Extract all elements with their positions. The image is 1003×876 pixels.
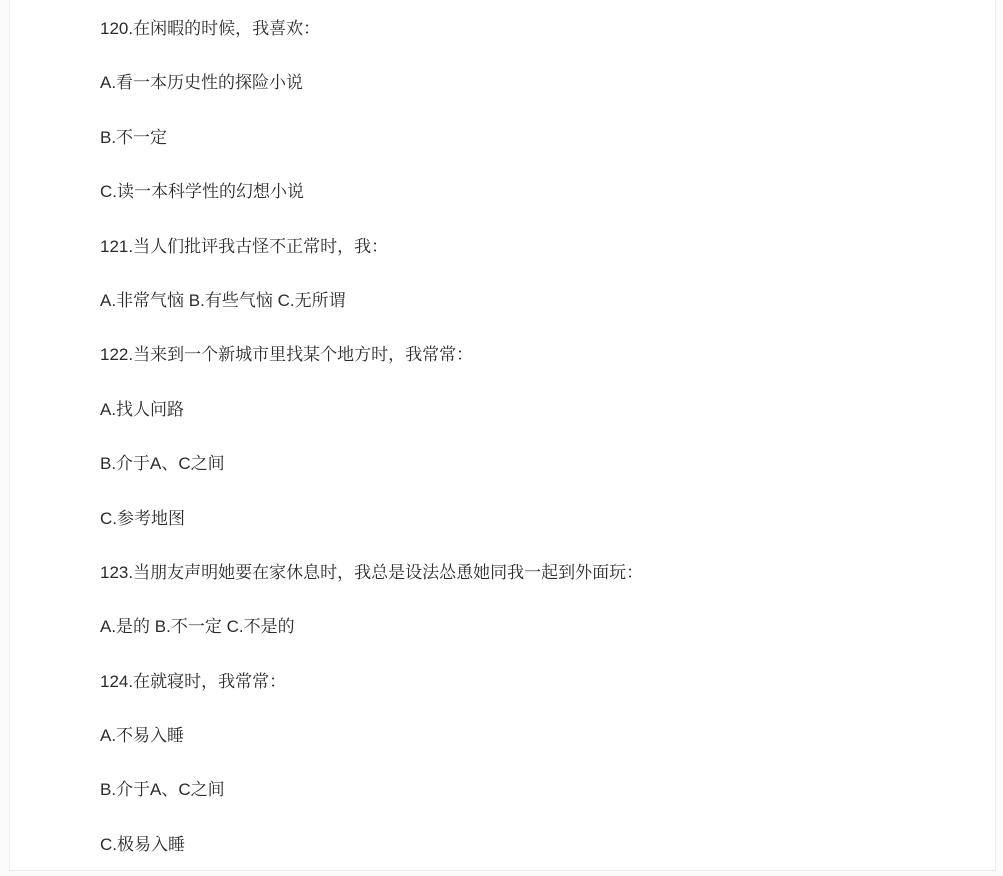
questionnaire-content: 120.在闲暇的时候，我喜欢：A.看一本历史性的探险小说B.不一定C.读一本科学… [10, 0, 995, 856]
question-prompt: 122.当来到一个新城市里找某个地方时，我常常： [100, 343, 955, 366]
question-prompt: 121.当人们批评我古怪不正常时，我： [100, 235, 955, 258]
answer-option: C.读一本科学性的幻想小说 [100, 180, 955, 203]
answer-option: B.介于A、C之间 [100, 778, 955, 801]
question-prompt: 120.在闲暇的时候，我喜欢： [100, 17, 955, 40]
answer-option: B.不一定 [100, 126, 955, 149]
answer-option: A.非常气恼 B.有些气恼 C.无所谓 [100, 289, 955, 312]
answer-option: A.是的 B.不一定 C.不是的 [100, 615, 955, 638]
question-prompt: 123.当朋友声明她要在家休息时，我总是设法怂恿她同我一起到外面玩： [100, 561, 955, 584]
answer-option: A.找人问路 [100, 398, 955, 421]
answer-option: A.看一本历史性的探险小说 [100, 71, 955, 94]
answer-option: C.极易入睡 [100, 833, 955, 856]
answer-option: B.介于A、C之间 [100, 452, 955, 475]
answer-option: C.参考地图 [100, 507, 955, 530]
answer-option: A.不易入睡 [100, 724, 955, 747]
document-page: 120.在闲暇的时候，我喜欢：A.看一本历史性的探险小说B.不一定C.读一本科学… [9, 0, 996, 871]
question-prompt: 124.在就寝时，我常常： [100, 670, 955, 693]
